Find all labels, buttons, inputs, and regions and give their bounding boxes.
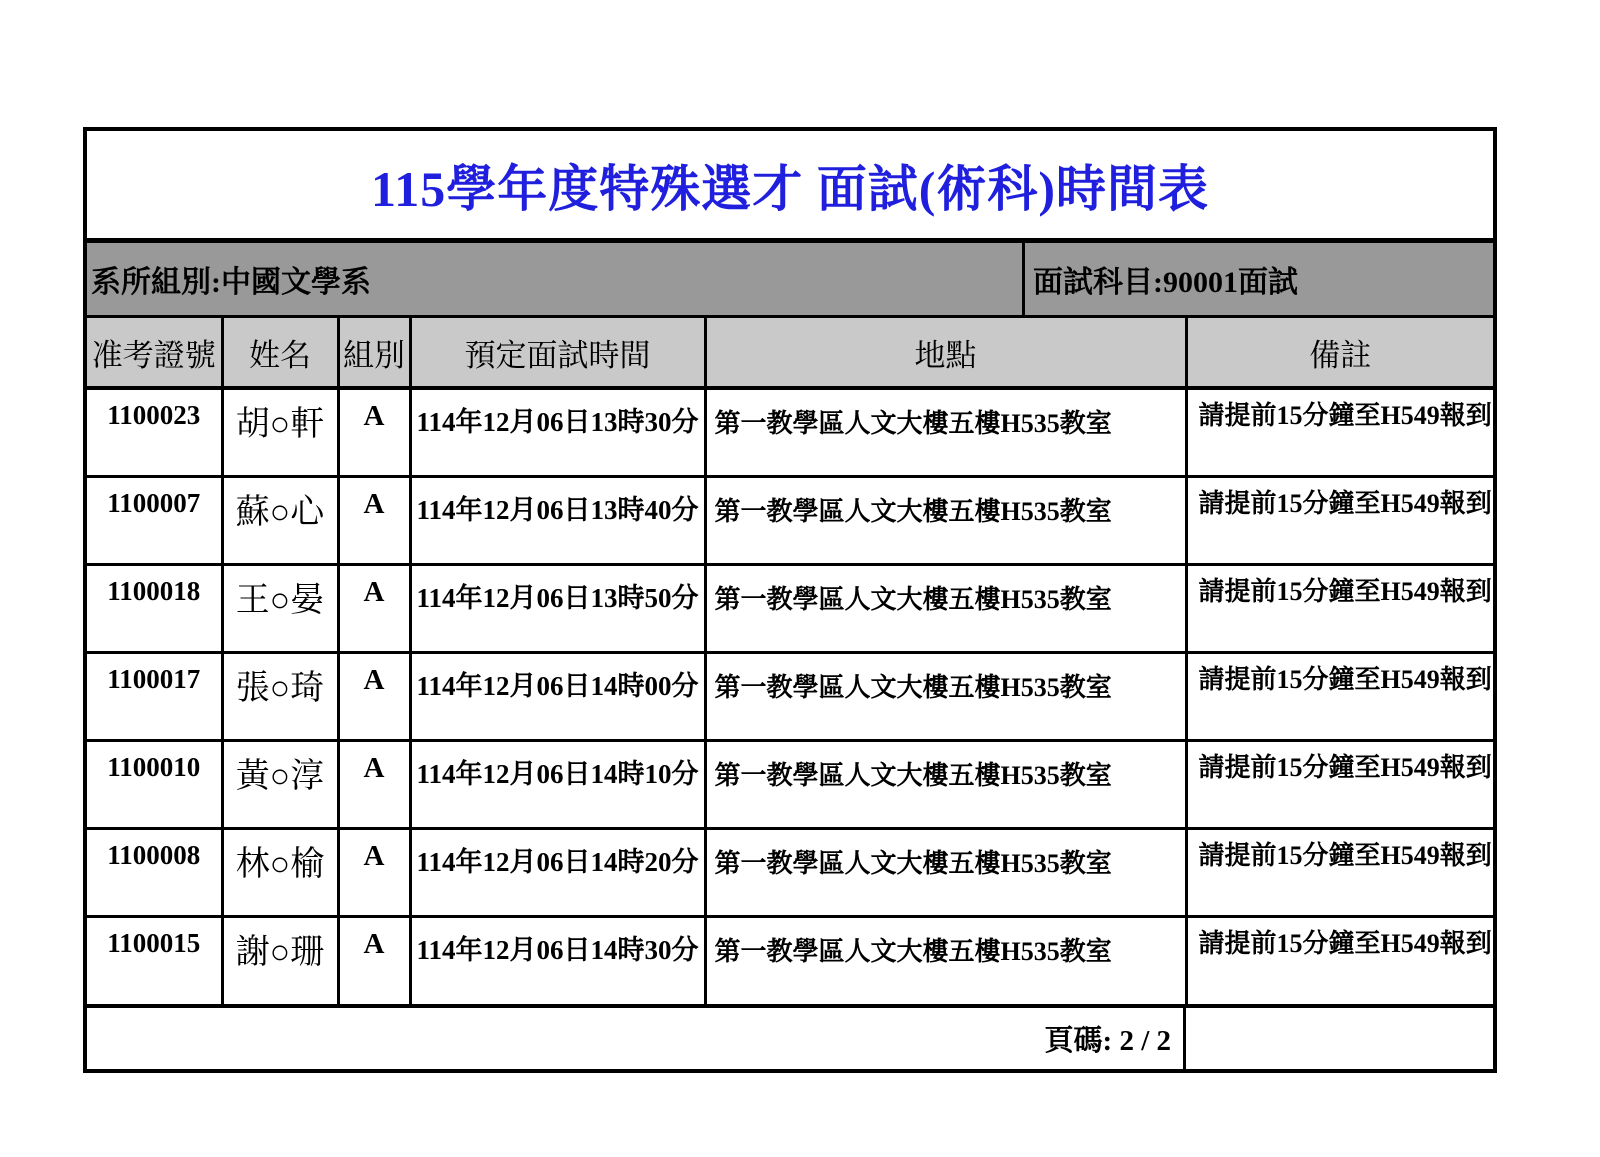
cell-time: 114年12月06日13時40分 <box>410 476 705 564</box>
cell-time: 114年12月06日14時10分 <box>410 740 705 828</box>
page-title: 115學年度特殊選才 面試(術科)時間表 <box>371 149 1209 221</box>
cell-name: 黃○淳 <box>222 740 338 828</box>
cell-name: 胡○軒 <box>222 388 338 476</box>
info-bar: 系所組別:中國文學系 面試科目:90001面試 <box>87 238 1493 318</box>
column-header-exam-id: 准考證號 <box>87 318 222 388</box>
table-row: 1100007 蘇○心 A 114年12月06日13時40分 第一教學區人文大樓… <box>87 476 1493 564</box>
cell-name: 王○晏 <box>222 564 338 652</box>
cell-note: 請提前15分鐘至H549報到 <box>1186 740 1493 828</box>
cell-group: A <box>338 740 410 828</box>
cell-location: 第一教學區人文大樓五樓H535教室 <box>705 828 1186 916</box>
table-body: 1100023 胡○軒 A 114年12月06日13時30分 第一教學區人文大樓… <box>87 388 1493 1004</box>
column-header-group: 組別 <box>338 318 410 388</box>
column-header-time: 預定面試時間 <box>410 318 705 388</box>
table-row: 1100008 林○榆 A 114年12月06日14時20分 第一教學區人文大樓… <box>87 828 1493 916</box>
subject-field: 面試科目:90001面試 <box>1025 243 1493 315</box>
column-header-location: 地點 <box>705 318 1186 388</box>
cell-exam-id: 1100018 <box>87 564 222 652</box>
cell-note: 請提前15分鐘至H549報到 <box>1186 652 1493 740</box>
table-row: 1100023 胡○軒 A 114年12月06日13時30分 第一教學區人文大樓… <box>87 388 1493 476</box>
cell-group: A <box>338 916 410 1004</box>
title-row: 115學年度特殊選才 面試(術科)時間表 <box>87 131 1493 238</box>
cell-time: 114年12月06日14時30分 <box>410 916 705 1004</box>
schedule-table: 准考證號 姓名 組別 預定面試時間 地點 備註 1100023 胡○軒 A 11… <box>87 318 1493 1004</box>
table-row: 1100018 王○晏 A 114年12月06日13時50分 第一教學區人文大樓… <box>87 564 1493 652</box>
cell-exam-id: 1100023 <box>87 388 222 476</box>
cell-note: 請提前15分鐘至H549報到 <box>1186 388 1493 476</box>
cell-exam-id: 1100010 <box>87 740 222 828</box>
cell-time: 114年12月06日14時00分 <box>410 652 705 740</box>
page-number: 頁碼: 2 / 2 <box>87 1008 1186 1069</box>
table-row: 1100015 謝○珊 A 114年12月06日14時30分 第一教學區人文大樓… <box>87 916 1493 1004</box>
cell-name: 張○琦 <box>222 652 338 740</box>
cell-note: 請提前15分鐘至H549報到 <box>1186 828 1493 916</box>
cell-location: 第一教學區人文大樓五樓H535教室 <box>705 476 1186 564</box>
cell-location: 第一教學區人文大樓五樓H535教室 <box>705 916 1186 1004</box>
table-row: 1100010 黃○淳 A 114年12月06日14時10分 第一教學區人文大樓… <box>87 740 1493 828</box>
cell-name: 林○榆 <box>222 828 338 916</box>
department-field: 系所組別:中國文學系 <box>87 243 1025 315</box>
footer-row: 頁碼: 2 / 2 <box>87 1004 1493 1069</box>
cell-note: 請提前15分鐘至H549報到 <box>1186 476 1493 564</box>
cell-time: 114年12月06日14時20分 <box>410 828 705 916</box>
cell-location: 第一教學區人文大樓五樓H535教室 <box>705 652 1186 740</box>
cell-note: 請提前15分鐘至H549報到 <box>1186 564 1493 652</box>
table-row: 1100017 張○琦 A 114年12月06日14時00分 第一教學區人文大樓… <box>87 652 1493 740</box>
column-header-name: 姓名 <box>222 318 338 388</box>
cell-name: 謝○珊 <box>222 916 338 1004</box>
document-sheet: 115學年度特殊選才 面試(術科)時間表 系所組別:中國文學系 面試科目:900… <box>83 127 1497 1073</box>
cell-group: A <box>338 652 410 740</box>
column-header-note: 備註 <box>1186 318 1493 388</box>
cell-group: A <box>338 828 410 916</box>
cell-exam-id: 1100007 <box>87 476 222 564</box>
cell-location: 第一教學區人文大樓五樓H535教室 <box>705 388 1186 476</box>
cell-name: 蘇○心 <box>222 476 338 564</box>
footer-empty-cell <box>1186 1008 1493 1069</box>
cell-time: 114年12月06日13時30分 <box>410 388 705 476</box>
cell-exam-id: 1100017 <box>87 652 222 740</box>
cell-location: 第一教學區人文大樓五樓H535教室 <box>705 740 1186 828</box>
cell-exam-id: 1100008 <box>87 828 222 916</box>
table-header-row: 准考證號 姓名 組別 預定面試時間 地點 備註 <box>87 318 1493 388</box>
cell-group: A <box>338 564 410 652</box>
cell-location: 第一教學區人文大樓五樓H535教室 <box>705 564 1186 652</box>
cell-group: A <box>338 388 410 476</box>
cell-exam-id: 1100015 <box>87 916 222 1004</box>
cell-note: 請提前15分鐘至H549報到 <box>1186 916 1493 1004</box>
cell-time: 114年12月06日13時50分 <box>410 564 705 652</box>
cell-group: A <box>338 476 410 564</box>
